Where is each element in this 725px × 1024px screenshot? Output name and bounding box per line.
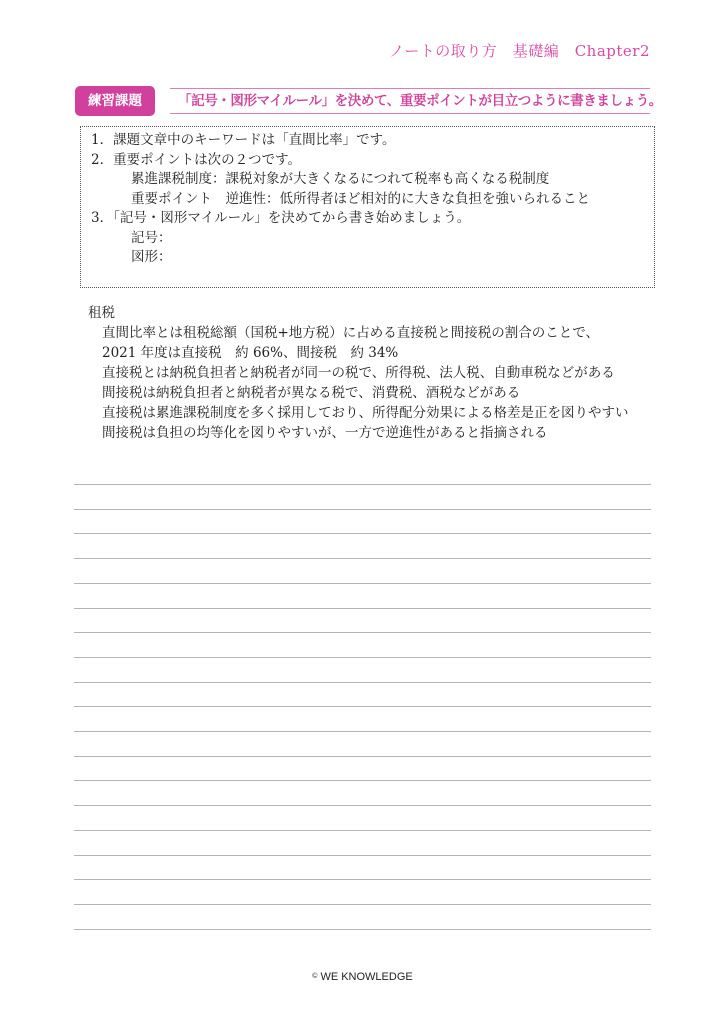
ruled-line (74, 509, 651, 510)
ruled-line (74, 731, 651, 732)
instruction-line-1: 1．課題文章中のキーワードは「直間比率」です。 (91, 131, 654, 151)
notes-line: 間接税は負担の均等化を図りやすいが、一方で逆進性があると指摘される (88, 423, 629, 443)
ruled-line (74, 583, 651, 584)
ruled-line (74, 632, 651, 633)
ruled-line (74, 657, 651, 658)
ruled-line (74, 904, 651, 905)
notes-title: 租税 (88, 303, 629, 323)
symbol-rule-label: 記号： (91, 229, 654, 249)
ruled-line (74, 706, 651, 707)
practice-task-badge: 練習課題 (75, 86, 155, 116)
ruled-line (74, 879, 651, 880)
instructions-box: 1．課題文章中のキーワードは「直間比率」です。 2．重要ポイントは次の２つです。… (80, 126, 655, 288)
notes-line: 2021 年度は直接税 約 66%、間接税 約 34% (88, 343, 629, 363)
ruled-line (74, 558, 651, 559)
ruled-line (74, 780, 651, 781)
copyright-icon: © (312, 973, 317, 980)
shape-rule-label: 図形： (91, 248, 654, 268)
page-header-title: ノートの取り方 基礎編 Chapter2 (389, 40, 650, 61)
task-instruction: 「記号・図形マイルール」を決めて、重要ポイントが目立つように書きましょう。 (178, 90, 662, 112)
notes-line: 直間比率とは租税総額（国税+地方税）に占める直接税と間接税の割合のことで、 (88, 323, 629, 343)
notes-line: 直接税は累進課税制度を多く採用しており、所得配分効果による格差是正を図りやすい (88, 403, 629, 423)
instruction-line-regressivity: 重要ポイント 逆進性：低所得者ほど相対的に大きな負担を強いられること (91, 190, 654, 210)
notes-line: 間接税は納税負担者と納税者が異なる税で、消費税、酒税などがある (88, 383, 629, 403)
ruled-line (74, 608, 651, 609)
task-rule-top (170, 88, 650, 89)
task-rule-bottom (170, 113, 650, 114)
notes-line: 直接税とは納税負担者と納税者が同一の税で、所得税、法人税、自動車税などがある (88, 363, 629, 383)
footer: ©WE KNOWLEDGE (0, 971, 725, 983)
ruled-line (74, 830, 651, 831)
ruled-line (74, 805, 651, 806)
ruled-line (74, 929, 651, 930)
instruction-line-2: 2．重要ポイントは次の２つです。 (91, 151, 654, 171)
source-notes: 租税 直間比率とは租税総額（国税+地方税）に占める直接税と間接税の割合のことで、… (88, 303, 629, 443)
ruled-line (74, 484, 651, 485)
footer-brand: WE KNOWLEDGE (320, 971, 412, 983)
ruled-line (74, 855, 651, 856)
ruled-line (74, 533, 651, 534)
ruled-line (74, 756, 651, 757)
instruction-line-progressive-tax: 累進課税制度：課税対象が大きくなるにつれて税率も高くなる税制度 (91, 170, 654, 190)
ruled-line (74, 682, 651, 683)
instruction-line-3: 3．「記号・図形マイルール」を決めてから書き始めましょう。 (91, 209, 654, 229)
